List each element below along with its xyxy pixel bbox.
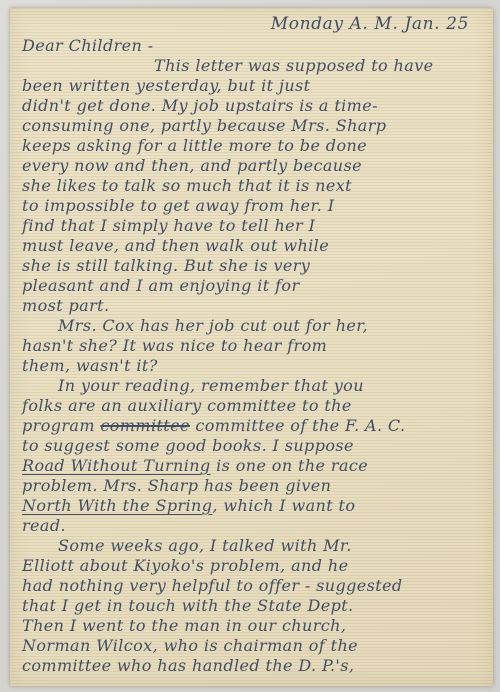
letter-paper: Monday A. M. Jan. 25 Dear Children - Thi…	[10, 8, 493, 686]
letter-line: didn't get done. My job upstairs is a ti…	[22, 96, 483, 116]
letter-line: she is still talking. But she is very	[22, 256, 483, 276]
line-segment: program	[22, 416, 100, 435]
line-segment: committee of the F. A. C.	[190, 416, 406, 435]
letter-line: to impossible to get away from her. I	[22, 196, 483, 216]
line-segment: is one on the race	[211, 456, 369, 475]
letter-line: This letter was supposed to have	[22, 56, 483, 76]
letter-line: pleasant and I am enjoying it for	[22, 276, 483, 296]
letter-line: read.	[22, 516, 483, 536]
letter-line: consuming one, partly because Mrs. Sharp	[22, 116, 483, 136]
letter-line: to suggest some good books. I suppose	[22, 436, 483, 456]
paragraph-job: This letter was supposed to have been wr…	[22, 56, 483, 316]
salutation: Dear Children -	[22, 36, 483, 56]
book-title-underlined: Road Without Turning	[22, 456, 211, 475]
letter-line: program committee committee of the F. A.…	[22, 416, 483, 436]
letter-line: been written yesterday, but it just	[22, 76, 483, 96]
line-segment: , which I want to	[212, 496, 355, 515]
letter-line: Then I went to the man in our church,	[22, 616, 483, 636]
letter-line: had nothing very helpful to offer - sugg…	[22, 576, 483, 596]
letter-line: hasn't she? It was nice to hear from	[22, 336, 483, 356]
letter-line: them, wasn't it?	[22, 356, 483, 376]
letter-line: Norman Wilcox, who is chairman of the	[22, 636, 483, 656]
letter-line: committee who has handled the D. P.'s,	[22, 656, 483, 676]
letter-line: she likes to talk so much that it is nex…	[22, 176, 483, 196]
letter-line: Mrs. Cox has her job cut out for her,	[22, 316, 483, 336]
letter-line: Some weeks ago, I talked with Mr.	[22, 536, 483, 556]
letter-line: North With the Spring, which I want to	[22, 496, 483, 516]
letter-line: In your reading, remember that you	[22, 376, 483, 396]
letter-line: problem. Mrs. Sharp has been given	[22, 476, 483, 496]
letter-line: folks are an auxiliary committee to the	[22, 396, 483, 416]
letter-line: find that I simply have to tell her I	[22, 216, 483, 236]
letter-line: most part.	[22, 296, 483, 316]
paragraph-mrs-cox: Mrs. Cox has her job cut out for her, ha…	[22, 316, 483, 376]
struck-word: committee	[100, 416, 189, 435]
letter-line: keeps asking for a little more to be don…	[22, 136, 483, 156]
paragraph-reading: In your reading, remember that you folks…	[22, 376, 483, 536]
letter-line: Road Without Turning is one on the race	[22, 456, 483, 476]
paragraph-kiyoko: Some weeks ago, I talked with Mr. Elliot…	[22, 536, 483, 676]
date-line: Monday A. M. Jan. 25	[22, 12, 483, 36]
book-title-underlined: North With the Spring	[22, 496, 212, 515]
letter-line: that I get in touch with the State Dept.	[22, 596, 483, 616]
scan-background: Monday A. M. Jan. 25 Dear Children - Thi…	[0, 0, 500, 692]
letter-line: every now and then, and partly because	[22, 156, 483, 176]
letter-line: must leave, and then walk out while	[22, 236, 483, 256]
letter-line: Elliott about Kiyoko's problem, and he	[22, 556, 483, 576]
